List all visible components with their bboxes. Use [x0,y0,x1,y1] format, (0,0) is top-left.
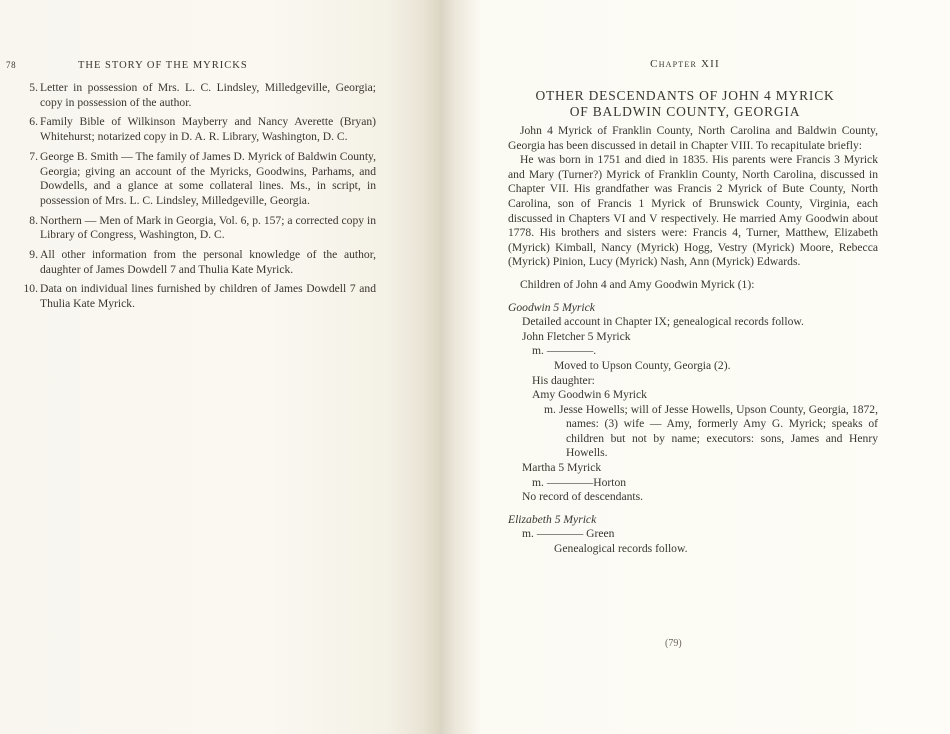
note-number: 8. [20,214,38,229]
paragraph: He was born in 1751 and died in 1835. Hi… [508,153,878,270]
paragraph: John 4 Myrick of Franklin County, North … [508,124,878,153]
genealogy-line: m. ————Horton [508,476,878,491]
left-page: 78 THE STORY OF THE MYRICKS 5.Letter in … [0,0,440,734]
page-number-right: (79) [665,638,682,649]
note-text: Northern — Men of Mark in Georgia, Vol. … [40,214,376,242]
genealogy-line: Amy Goodwin 6 Myrick [508,388,878,403]
genealogy-line: Moved to Upson County, Georgia (2). [508,359,878,374]
note-text: George B. Smith — The family of James D.… [40,150,376,207]
note-item: 7.George B. Smith — The family of James … [20,150,376,209]
genealogy-line: m. ————. [508,344,878,359]
note-item: 8.Northern — Men of Mark in Georgia, Vol… [20,214,376,243]
chapter-title: OTHER DESCENDANTS OF JOHN 4 MYRICK OF BA… [460,88,910,120]
chapter-label: Chapter XII [460,58,910,70]
note-number: 5. [20,81,38,96]
note-number: 10. [12,282,38,297]
genealogy-line: m. Jesse Howells; will of Jesse Howells,… [508,403,878,461]
genealogy-heading: Goodwin 5 Myrick [508,301,878,316]
note-text: Letter in possession of Mrs. L. C. Linds… [40,81,376,109]
notes-list: 5.Letter in possession of Mrs. L. C. Lin… [20,81,376,317]
note-item: 10.Data on individual lines furnished by… [20,282,376,311]
note-item: 6.Family Bible of Wilkinson Mayberry and… [20,115,376,144]
chapter-title-line: OF BALDWIN COUNTY, GEORGIA [460,104,910,120]
note-text: All other information from the personal … [40,248,376,276]
note-number: 7. [20,150,38,165]
page-number-left: 78 [6,60,16,70]
paragraph: Children of John 4 and Amy Goodwin Myric… [508,278,878,293]
chapter-body: John 4 Myrick of Franklin County, North … [508,124,878,557]
running-head-title: THE STORY OF THE MYRICKS [78,60,248,71]
note-item: 5.Letter in possession of Mrs. L. C. Lin… [20,81,376,110]
genealogy-line: Martha 5 Myrick [508,461,878,476]
genealogy-line: Genealogical records follow. [508,542,878,557]
genealogy-line: His daughter: [508,374,878,389]
chapter-title-line: OTHER DESCENDANTS OF JOHN 4 MYRICK [460,88,910,104]
genealogy-line: No record of descendants. [508,490,878,505]
note-text: Family Bible of Wilkinson Mayberry and N… [40,115,376,143]
genealogy-heading: Elizabeth 5 Myrick [508,513,878,528]
note-item: 9.All other information from the persona… [20,248,376,277]
genealogy-line: m. ———— Green [508,527,878,542]
note-number: 9. [20,248,38,263]
note-text: Data on individual lines furnished by ch… [40,282,376,310]
note-number: 6. [20,115,38,130]
genealogy-line: John Fletcher 5 Myrick [508,330,878,345]
genealogy-line: Detailed account in Chapter IX; genealog… [508,315,878,330]
